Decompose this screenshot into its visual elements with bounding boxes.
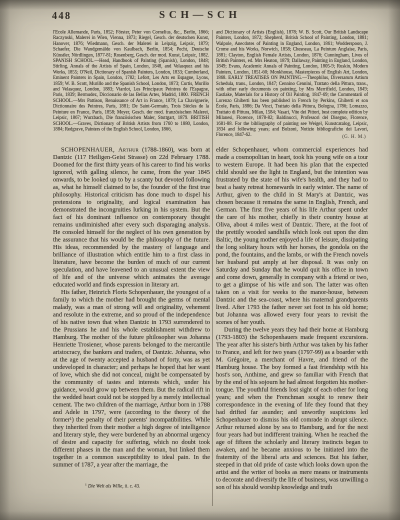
article-opening-text: (1788-1860), was born at Dantzic (117 He… — [53, 146, 210, 288]
bibliography-text-right: and Dictionary of Artists (English), 187… — [216, 30, 368, 138]
footnote-work-title: Die Welt als Wille, — [88, 484, 124, 490]
article-continuation-paragraph: elder Schopenhauer, whom commercial expe… — [216, 146, 368, 326]
article-paragraph: During the twelve years they had their h… — [216, 326, 368, 491]
article-right-column: elder Schopenhauer, whom commercial expe… — [216, 146, 368, 506]
article-right-text-area: elder Schopenhauer, whom commercial expe… — [216, 146, 368, 506]
article-title: SCHOPENHAUER, — [61, 146, 118, 153]
author-signature: (G. H. M.) — [342, 135, 366, 140]
bibliography-text-left: l'École Allemande, Paris, 1852; Förster,… — [53, 30, 209, 133]
column-divider-rule — [212, 30, 213, 506]
footnote-marker: 1 — [85, 483, 87, 487]
footnote: 1 Die Welt als Wille, ii. c. 43. — [85, 482, 207, 498]
bibliography-right-column: and Dictionary of Artists (English), 187… — [216, 30, 368, 142]
article-paragraph: His father, Heinrich Floris Schopenhauer… — [53, 289, 210, 469]
running-header: SCH—SCH — [0, 10, 400, 21]
article-subject-name: Arthur — [118, 146, 139, 153]
article-opening-paragraph: SCHOPENHAUER, Arthur (1788-1860), was bo… — [53, 146, 210, 289]
book-page-scan: 448 SCH—SCH l'École Allemande, Paris, 18… — [0, 0, 400, 520]
footnote-reference: ii. c. 43. — [123, 484, 140, 490]
article-left-text-area: SCHOPENHAUER, Arthur (1788-1860), was bo… — [53, 146, 210, 484]
bibliography-left-column: l'École Allemande, Paris, 1852; Förster,… — [53, 30, 209, 142]
article-left-column: SCHOPENHAUER, Arthur (1788-1860), was bo… — [53, 146, 210, 506]
